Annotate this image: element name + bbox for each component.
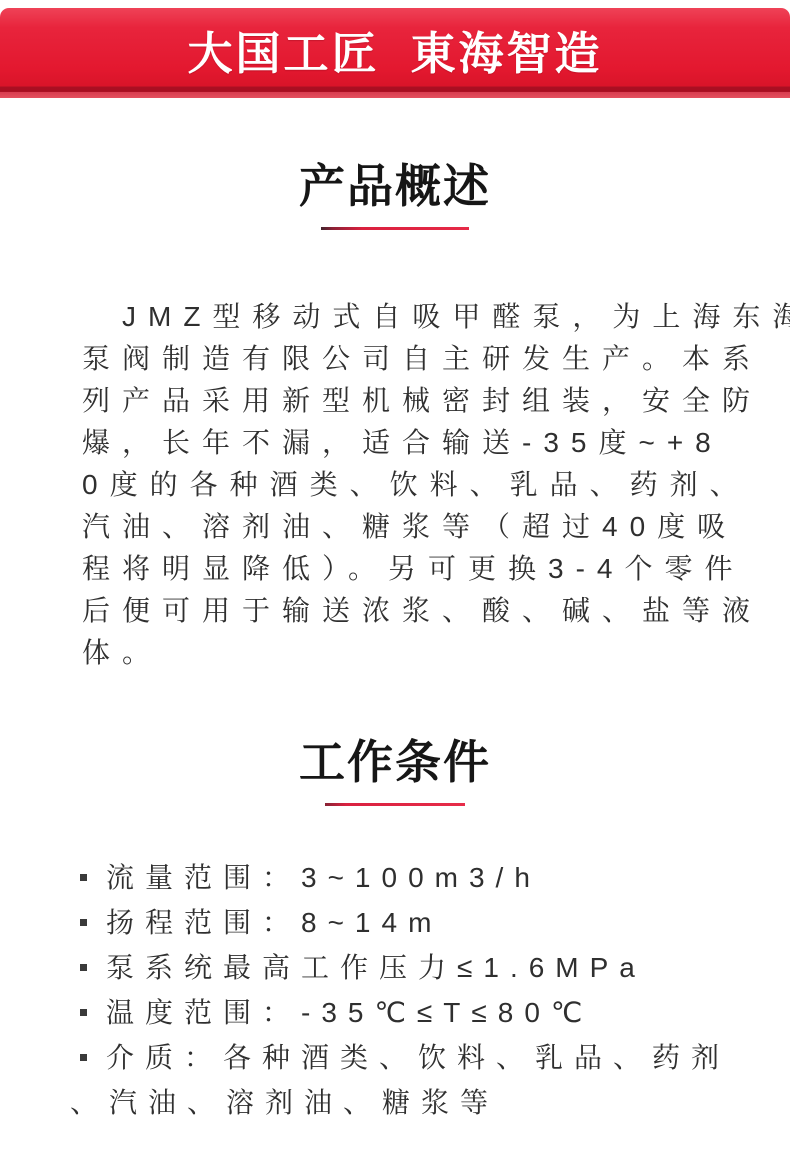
bullet-text: 介质：各种酒类、饮料、乳品、药剂 [106,1042,730,1073]
bullet-text: 扬程范围：8~14m [106,907,442,938]
title-underline-conditions [325,803,465,806]
title-underline-overview [321,227,469,230]
brand-banner: 大国工匠 東海智造 [0,8,790,98]
paragraph-line: 泵阀制造有限公司自主研发生产。本系 [82,338,790,380]
bullet-dot-icon [80,919,87,926]
bullet-dot-icon [80,874,87,881]
paragraph-line: JMZ型移动式自吸甲醛泵，为上海东海 [82,296,790,338]
section-title-overview: 产品概述 [0,158,790,214]
bullet-text: 温度范围：-35℃≤T≤80℃ [106,997,593,1028]
brand-banner-title: 大国工匠 東海智造 [187,17,602,90]
paragraph-line: 0度的各种酒类、饮料、乳品、药剂、 [82,464,790,506]
bullet-item-line: 泵系统最高工作压力≤1.6MPa [70,945,790,990]
bullet-item-line: 扬程范围：8~14m [70,900,790,945]
paragraph-line: 列产品采用新型机械密封组装，安全防 [82,380,790,422]
overview-paragraph: JMZ型移动式自吸甲醛泵，为上海东海泵阀制造有限公司自主研发生产。本系列产品采用… [82,296,790,674]
paragraph-line: 体。 [82,632,790,674]
bullet-text: 、汽油、溶剂油、糖浆等 [70,1087,499,1118]
section-title-conditions: 工作条件 [0,734,790,790]
product-detail-page: 大国工匠 東海智造 产品概述 JMZ型移动式自吸甲醛泵，为上海东海泵阀制造有限公… [0,8,790,1151]
paragraph-line: 程将明显降低）。另可更换3-4个零件 [82,548,790,590]
paragraph-line: 后便可用于输送浓浆、酸、碱、盐等液 [82,590,790,632]
conditions-list: 流量范围：3~100m3/h扬程范围：8~14m泵系统最高工作压力≤1.6MPa… [70,855,790,1125]
section-working-conditions: 工作条件 流量范围：3~100m3/h扬程范围：8~14m泵系统最高工作压力≤1… [0,734,790,1125]
paragraph-line: 爆，长年不漏，适合输送-35度~+8 [82,422,790,464]
bullet-item-line: 流量范围：3~100m3/h [70,855,790,900]
bullet-dot-icon [80,964,87,971]
bullet-dot-icon [80,1009,87,1016]
bullet-text: 流量范围：3~100m3/h [106,862,541,893]
bullet-item-line: 介质：各种酒类、饮料、乳品、药剂 [70,1035,790,1080]
bullet-item-line: 温度范围：-35℃≤T≤80℃ [70,990,790,1035]
bullet-text: 泵系统最高工作压力≤1.6MPa [106,952,646,983]
section-product-overview: 产品概述 JMZ型移动式自吸甲醛泵，为上海东海泵阀制造有限公司自主研发生产。本系… [0,158,790,674]
bullet-item-continuation-line: 、汽油、溶剂油、糖浆等 [70,1080,790,1125]
bullet-dot-icon [80,1054,87,1061]
paragraph-line: 汽油、溶剂油、糖浆等（超过40度吸 [82,506,790,548]
